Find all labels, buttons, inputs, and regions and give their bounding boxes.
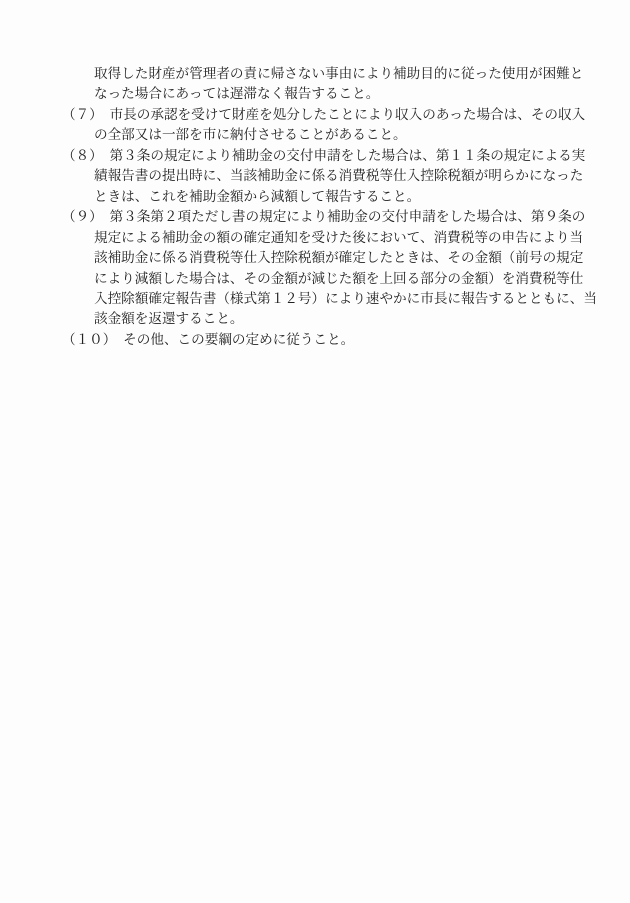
document-line: （１０） その他、この要綱の定めに従うこと。 (0, 330, 630, 350)
document-line: 規定による補助金の額の確定通知を受けた後において、消費税等の申告により当 (0, 228, 630, 248)
document-line: 績報告書の提出時に、当該補助金に係る消費税等仕入控除税額が明らかになった (0, 166, 630, 186)
document-line: 入控除額確定報告書（様式第１２号）により速やかに市長に報告するとともに、当 (0, 289, 630, 309)
document-line: の全部又は一部を市に納付させることがあること。 (0, 125, 630, 145)
document-line: ときは、これを補助金額から減額して報告すること。 (0, 187, 630, 207)
document-line: 該金額を返還すること。 (0, 309, 630, 329)
document-text-block: 取得した財産が管理者の責に帰さない事由により補助目的に従った使用が困難となった場… (0, 64, 630, 350)
document-line: （９） 第３条第２項ただし書の規定により補助金の交付申請をした場合は、第９条の (0, 207, 630, 227)
document-line: により減額した場合は、その金額が減じた額を上回る部分の金額）を消費税等仕 (0, 269, 630, 289)
document-page: 取得した財産が管理者の責に帰さない事由により補助目的に従った使用が困難となった場… (0, 0, 630, 903)
document-line: 該補助金に係る消費税等仕入控除税額が確定したときは、その金額（前号の規定 (0, 248, 630, 268)
document-line: なった場合にあっては遅滞なく報告すること。 (0, 84, 630, 104)
document-line: （８） 第３条の規定により補助金の交付申請をした場合は、第１１条の規定による実 (0, 146, 630, 166)
document-line: （７） 市長の承認を受けて財産を処分したことにより収入のあった場合は、その収入 (0, 105, 630, 125)
document-line: 取得した財産が管理者の責に帰さない事由により補助目的に従った使用が困難と (0, 64, 630, 84)
